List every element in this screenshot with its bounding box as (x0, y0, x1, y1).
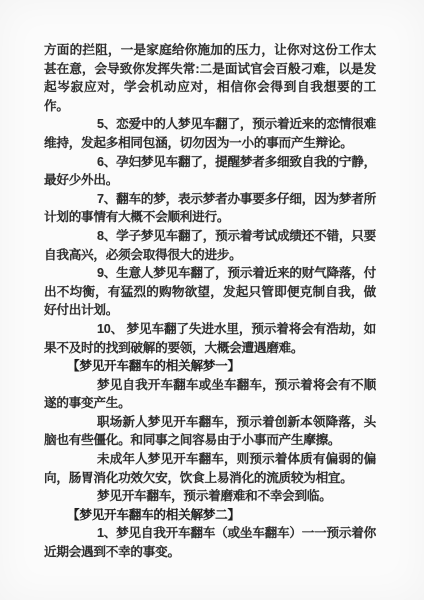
section-heading-1: 【梦见开车翻车的相关解梦一】 (44, 357, 376, 376)
interpretation-paragraph: 梦见自我开车翻车或坐车翻车，预示着将会有不顺遂的事变产生。 (44, 376, 376, 413)
section-heading-2: 【梦见开车翻车的相关解梦二】 (44, 506, 376, 525)
dream-item-8: 8、学子梦见车翻了，预示着考试成绩还不错，只要自我高兴，必须会取得很大的进步。 (44, 227, 376, 264)
dream-item-6: 6、孕妇梦见车翻了，提醒梦者多细致自我的宁静，最好少外出。 (44, 153, 376, 190)
interpretation-paragraph: 未成年人梦见开车翻车，则预示着体质有偏弱的偏向，肠胃消化功效欠安，饮食上易消化的… (44, 450, 376, 487)
document-body: 方面的拦阻，一是家庭给你施加的压力，让你对这份工作太甚在意，会导致你发挥失常:二… (44, 41, 376, 562)
paragraph-continuation: 方面的拦阻，一是家庭给你施加的压力，让你对这份工作太甚在意，会导致你发挥失常:二… (44, 41, 376, 115)
interpretation-paragraph: 梦见开车翻车，预示着磨难和不幸会到临。 (44, 487, 376, 506)
dream-item-10: 10、 梦见车翻了失进水里，预示着将会有浩劫，如果不及时的找到破解的要领，大概会… (44, 320, 376, 357)
dream-item-1: 1、梦见自我开车翻车（或坐车翻车）一一预示着你近期会遇到不幸的事变。 (44, 524, 376, 561)
interpretation-paragraph: 职场新人梦见开车翻车，预示着创新本领降落，头脑也有些僵化。和同事之间容易由于小事… (44, 413, 376, 450)
dream-item-5: 5、恋爱中的人梦见车翻了，预示着近来的恋情很难维持，发起多相同包涵，切勿因为一小… (44, 115, 376, 152)
dream-item-7: 7、翻车的梦，表示梦者办事要多仔细，因为梦者所计划的事情有大概不会顺利进行。 (44, 190, 376, 227)
dream-item-9: 9、生意人梦见车翻了，预示着近来的财气降落，付出不均衡，有猛烈的购物欲望，发起只… (44, 264, 376, 320)
scanned-document-page: 方面的拦阻，一是家庭给你施加的压力，让你对这份工作太甚在意，会导致你发挥失常:二… (0, 0, 424, 600)
